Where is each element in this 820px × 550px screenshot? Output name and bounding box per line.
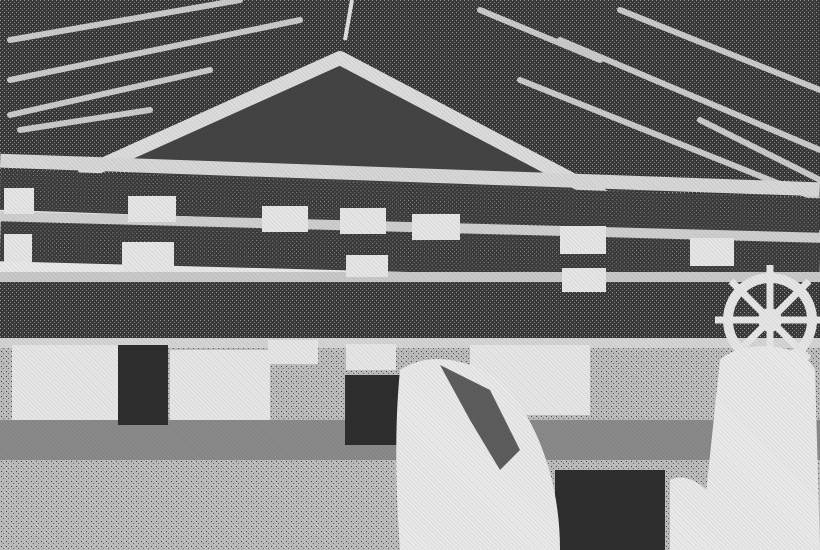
photograph bbox=[0, 0, 820, 550]
temple-roof-scene bbox=[0, 0, 820, 550]
